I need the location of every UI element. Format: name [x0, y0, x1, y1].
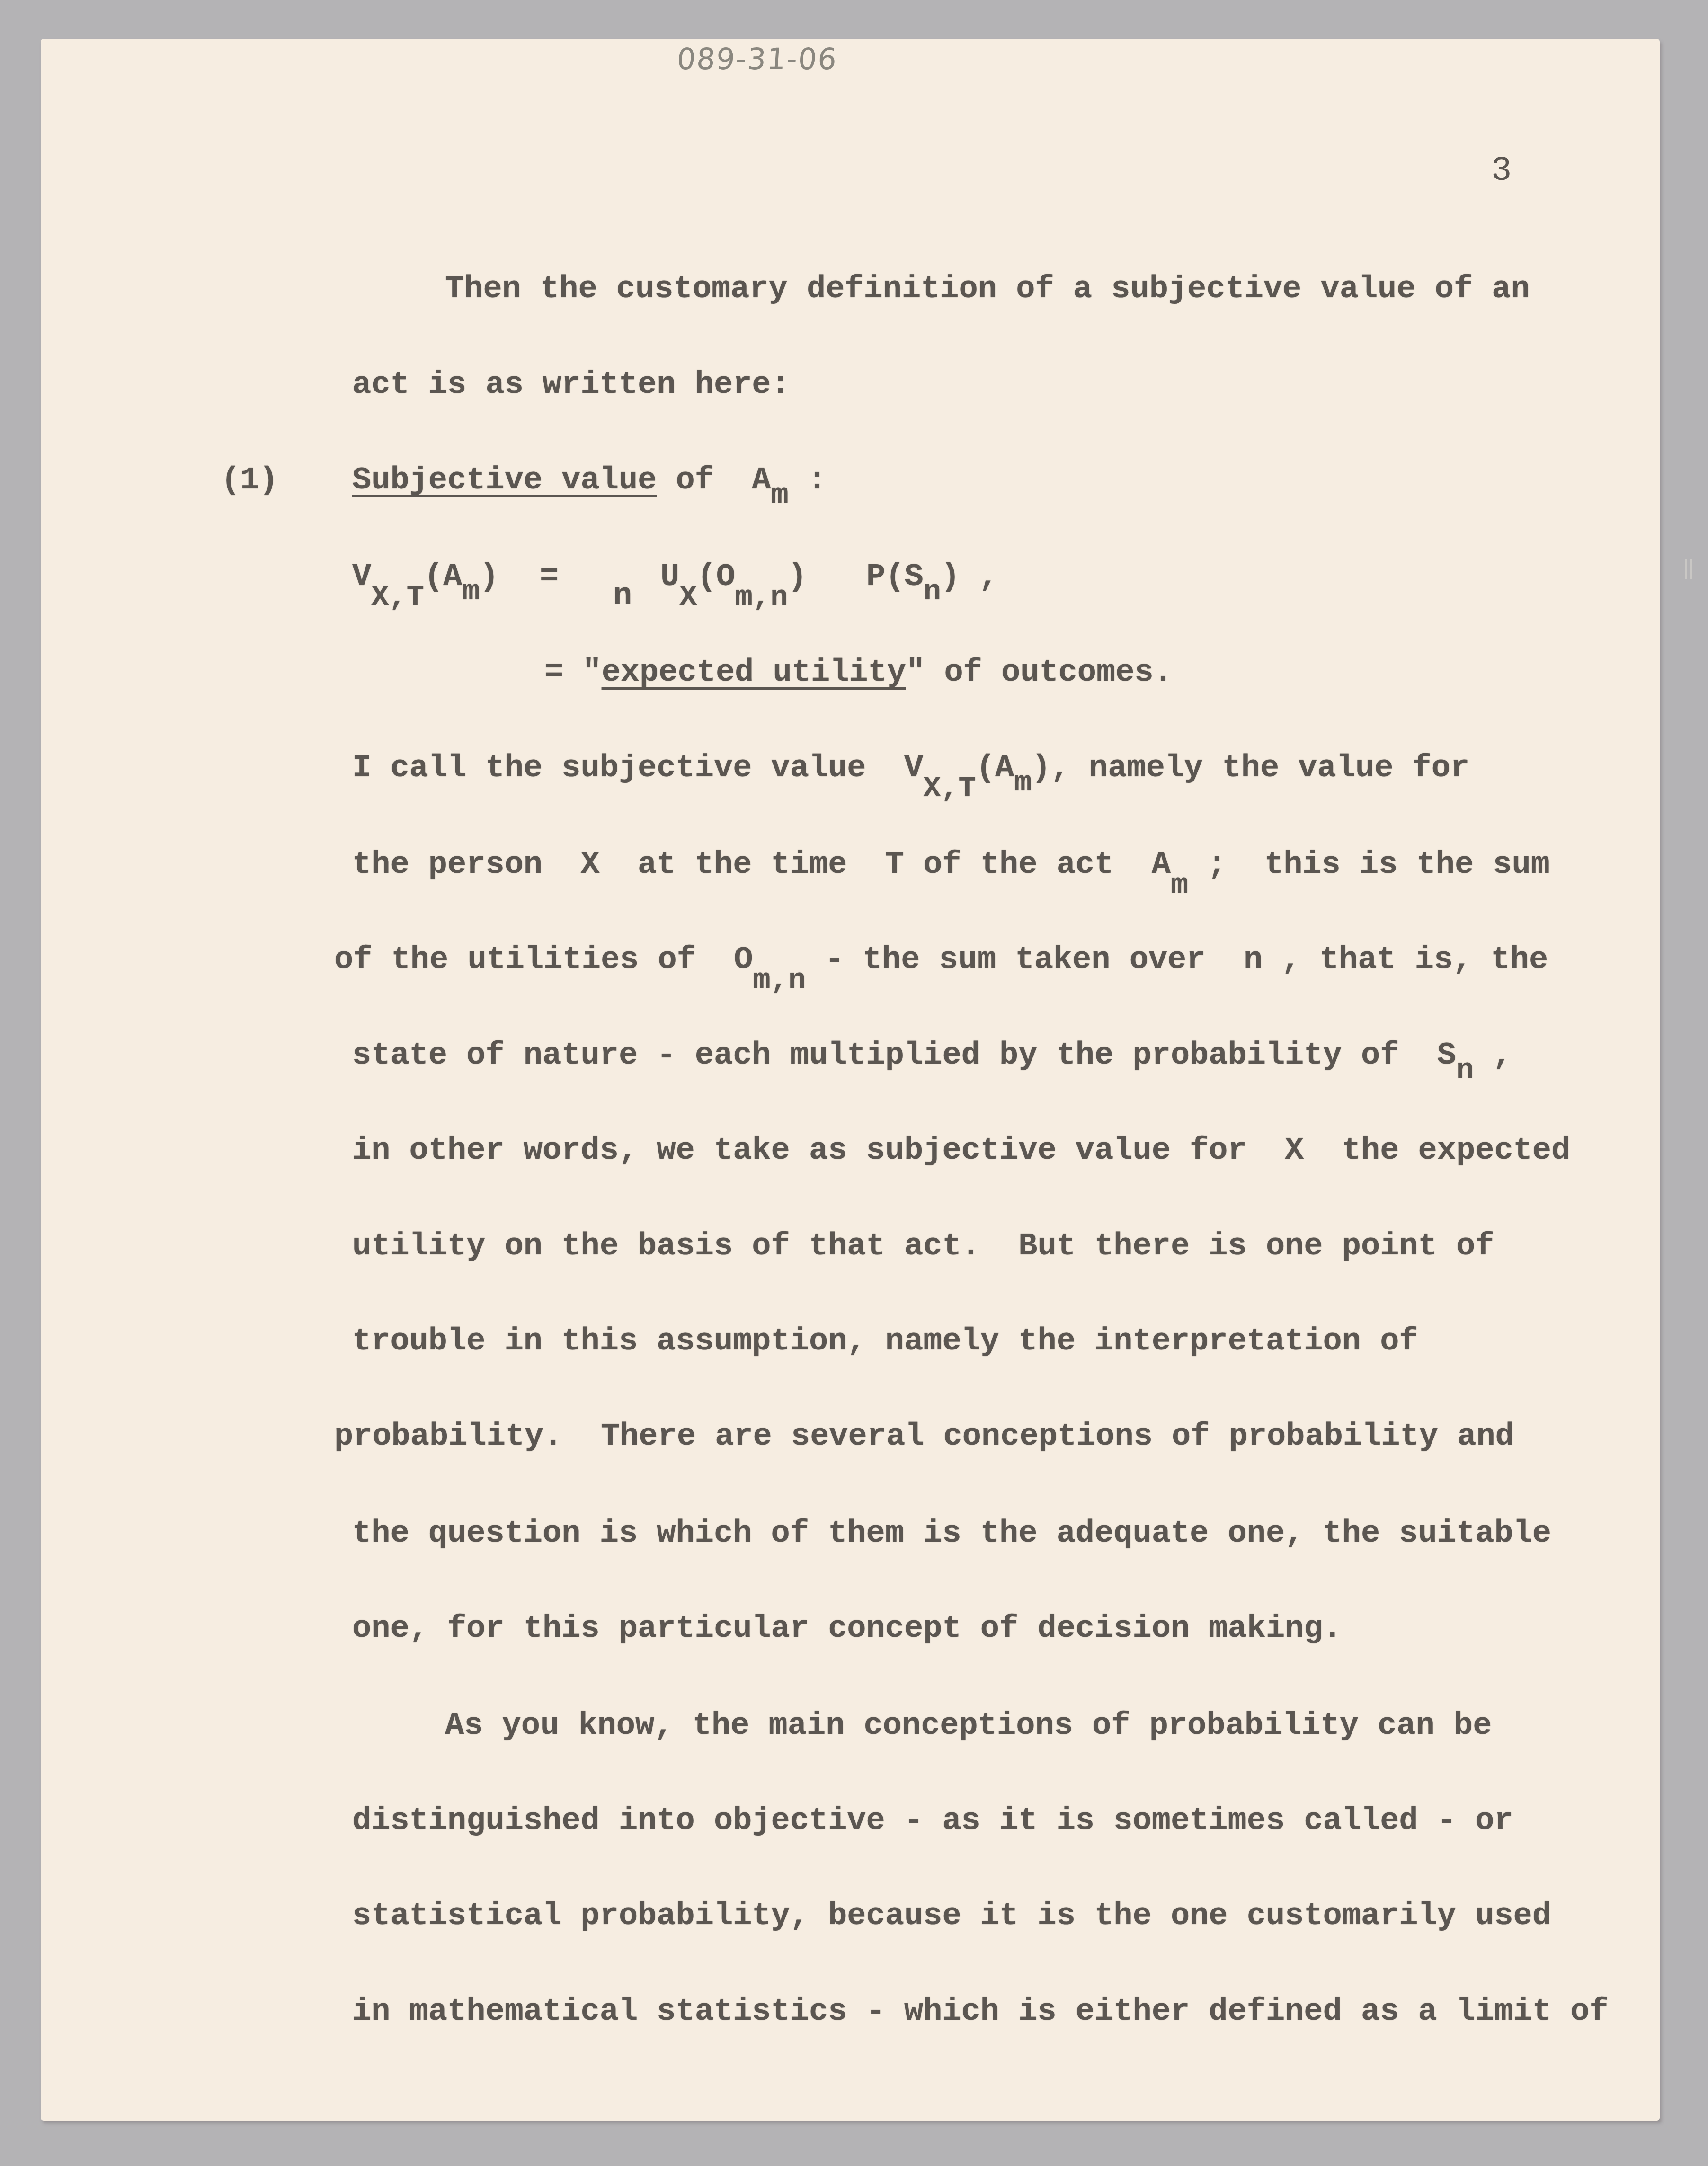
para2-line8: probability. There are several conceptio…: [334, 1421, 1514, 1453]
archive-number: 089-31-06: [676, 42, 838, 76]
formula-probability: P(Sn) ,: [866, 561, 998, 593]
sum-index: n: [613, 580, 632, 612]
para2-line5: in other words, we take as subjective va…: [352, 1135, 1570, 1167]
para1-line1: Then the customary definition of a subje…: [445, 274, 1530, 305]
para2-line3: of the utilities of Om,n - the sum taken…: [334, 944, 1548, 976]
formula-equals: =: [540, 561, 559, 593]
para2-line1: I call the subjective value VX,T(Am), na…: [352, 753, 1469, 784]
equation-label: (1): [221, 465, 278, 497]
para2-line6: utility on the basis of that act. But th…: [352, 1231, 1494, 1262]
expected-utility-underlined: expected utility: [602, 655, 906, 691]
para2-line10: one, for this particular concept of deci…: [352, 1613, 1342, 1645]
para3-line1: As you know, the main conceptions of pro…: [445, 1710, 1492, 1742]
page-number: 3: [1491, 151, 1512, 190]
para3-line2: distinguished into objective - as it is …: [352, 1805, 1513, 1837]
formula-lhs: VX,T(Am): [352, 561, 499, 593]
para3-line3: statistical probability, because it is t…: [352, 1900, 1551, 1932]
edge-mark: [1685, 559, 1692, 579]
para3-line4: in mathematical statistics - which is ei…: [352, 1996, 1609, 2028]
para2-line9: the question is which of them is the ade…: [352, 1518, 1551, 1550]
formula-utility: UX(Om,n): [660, 561, 807, 593]
para2-line2: the person X at the time T of the act Am…: [352, 849, 1550, 881]
heading-underlined: Subjective value: [352, 462, 657, 498]
equation-heading: Subjective value of Am :: [352, 465, 827, 497]
expected-utility-line: = "expected utility" of outcomes.: [544, 657, 1173, 689]
para2-line7: trouble in this assumption, namely the i…: [352, 1326, 1418, 1358]
para2-line4: state of nature - each multiplied by the…: [352, 1040, 1512, 1072]
para1-line2: act is as written here:: [352, 369, 790, 401]
